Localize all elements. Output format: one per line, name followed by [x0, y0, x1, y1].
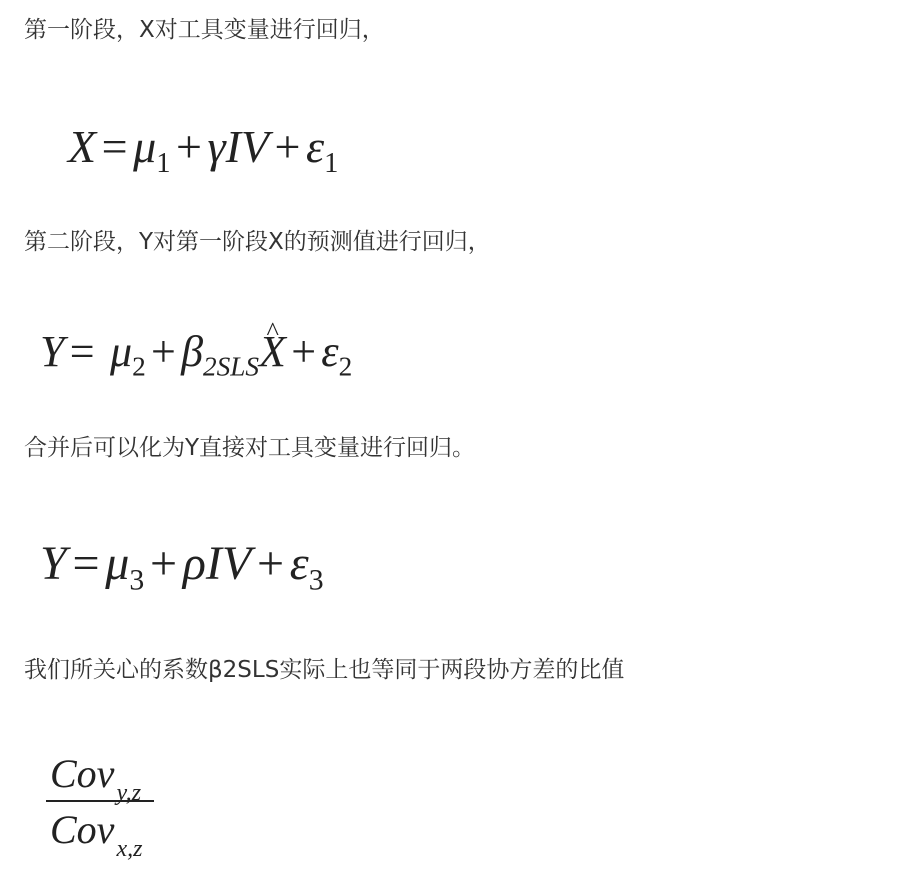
fraction-denominator: Covx,z [46, 808, 142, 852]
formula-reduced-form: Y=μ3+ρIV+ε3 [40, 540, 324, 588]
formula-first-stage: X=μ1+γIV+ε1 [68, 124, 338, 170]
formula-lhs: X [68, 121, 96, 172]
combined-text: 合并后可以化为Y直接对工具变量进行回归。 [24, 432, 475, 464]
formula-second-stage: Y=μ2+β2SLSX+ε2 [40, 330, 352, 374]
x-hat: X [259, 330, 286, 374]
covariance-ratio-formula: Covy,z Covx,z [46, 752, 154, 852]
stage1-text: 第一阶段，X对工具变量进行回归， [24, 14, 385, 46]
fraction-bar [46, 800, 154, 802]
stage2-text: 第二阶段，Y对第一阶段X的预测值进行回归， [24, 226, 491, 258]
ratio-text: 我们所关心的系数β2SLS实际上也等同于两段协方差的比值 [24, 654, 624, 686]
fraction-numerator: Covy,z [46, 752, 141, 796]
